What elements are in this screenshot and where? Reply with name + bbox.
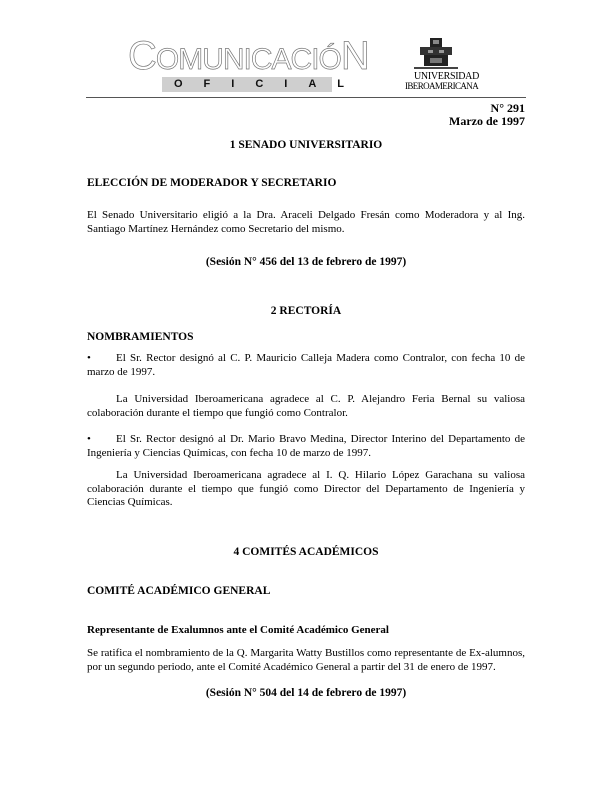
crest-motto-band (414, 67, 458, 69)
paragraph-text: La Universidad Iberoamericana agradece a… (87, 469, 525, 508)
list-item-text: El Sr. Rector designó al Dr. Mario Bravo… (87, 433, 525, 459)
paragraph-text: La Universidad Iberoamericana agradece a… (87, 393, 525, 419)
list-item-text: El Sr. Rector designó al C. P. Mauricio … (87, 352, 525, 378)
university-name-line2: IBEROAMERICANA (405, 81, 478, 91)
comunicacion-logo-title: COMUNICACIÓN (128, 34, 344, 78)
paragraph-thanks-director: La Universidad Iberoamericana agradece a… (87, 469, 525, 510)
subtitle-comite-general: COMITÉ ACADÉMICO GENERAL (87, 585, 270, 597)
section-title-rectoria: 2 RECTORÍA (86, 305, 526, 317)
section-title-comites: 4 COMITÉS ACADÉMICOS (86, 546, 526, 558)
list-item-appointment-director: •El Sr. Rector designó al Dr. Mario Brav… (87, 433, 525, 460)
header-divider (86, 97, 526, 98)
subtitle-nombramientos: NOMBRAMIENTOS (87, 331, 194, 343)
logo-title-initial: C (128, 34, 156, 78)
logo-title-middle: OMUNICACIÓ (156, 43, 341, 76)
paragraph-comites: Se ratifica el nombramiento de la Q. Mar… (87, 647, 525, 674)
subheading-representante: Representante de Exalumnos ante el Comit… (87, 624, 389, 636)
paragraph-thanks-contralor: La Universidad Iberoamericana agradece a… (87, 393, 525, 420)
subtitle-eleccion: ELECCIÓN DE MODERADOR Y SECRETARIO (87, 177, 336, 189)
bullet-icon: • (87, 433, 116, 447)
paragraph-senado: El Senado Universitario eligió a la Dra.… (87, 209, 525, 236)
issue-date: Marzo de 1997 (449, 114, 525, 129)
bullet-icon: • (87, 352, 116, 366)
oficial-label: OFICIAL (162, 77, 332, 92)
session-note-456: (Sesión N° 456 del 13 de febrero de 1997… (86, 256, 526, 268)
section-title-senado: 1 SENADO UNIVERSITARIO (86, 139, 526, 151)
list-item-appointment-contralor: •El Sr. Rector designó al C. P. Mauricio… (87, 352, 525, 379)
logo-title-final: N (341, 34, 369, 78)
session-note-504: (Sesión N° 504 del 14 de febrero de 1997… (86, 687, 526, 699)
university-crest-icon (418, 38, 454, 66)
